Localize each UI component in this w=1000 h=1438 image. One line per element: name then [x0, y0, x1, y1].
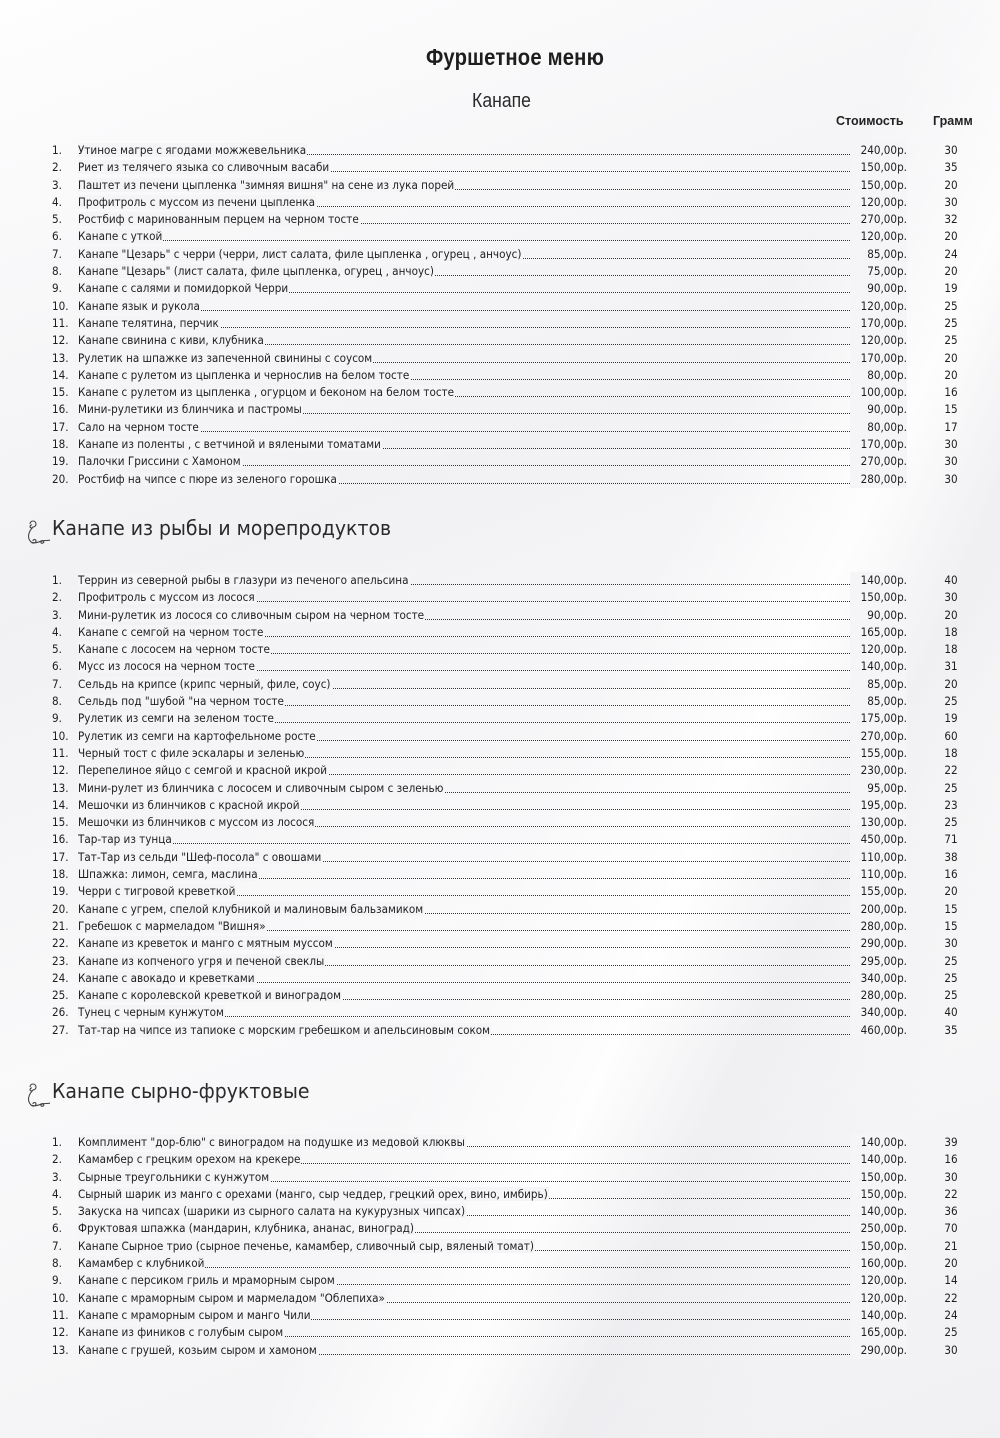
item-number: 21.: [52, 918, 78, 935]
item-number: 13.: [52, 780, 78, 797]
menu-page: Фуршетное меню Канапе Стоимость Грамм 1.…: [0, 0, 1000, 1438]
item-name: Комплимент "дор-блю" с виноградом на под…: [78, 1135, 466, 1149]
item-name: Канапе "Цезарь" с черри (черри, лист сал…: [78, 247, 522, 261]
item-price: 90,00р.: [850, 607, 907, 624]
item-weight: 60: [936, 728, 966, 745]
item-weight: 25: [936, 1324, 966, 1341]
item-weight: 30: [936, 436, 966, 453]
item-weight: 30: [936, 1342, 966, 1359]
item-weight: 14: [936, 1272, 966, 1289]
item-price: 460,00р.: [850, 1022, 907, 1039]
item-price: 150,00р.: [850, 1238, 907, 1255]
item-weight: 25: [936, 953, 966, 970]
item-price: 280,00р.: [850, 918, 907, 935]
item-price: 170,00р.: [850, 436, 907, 453]
item-number: 8.: [52, 693, 78, 710]
item-name: Канапе с авокадо и креветками: [78, 971, 256, 985]
item-weight: 15: [936, 901, 966, 918]
item-price: 75,00р.: [850, 263, 907, 280]
item-name: Канапе язык и рукола: [78, 299, 201, 313]
item-weight: 20: [936, 228, 966, 245]
item-weight: 20: [936, 177, 966, 194]
item-number: 6.: [52, 1220, 78, 1237]
menu-item-row: 25.Канапе с королевской креветкой и вино…: [52, 987, 972, 1004]
item-number: 8.: [52, 263, 78, 280]
item-name: Канапе с мраморным сыром и мармеладом "О…: [78, 1291, 386, 1305]
column-header-cost: Стоимость: [836, 114, 904, 128]
item-number: 5.: [52, 1203, 78, 1220]
item-name: Рулетик из семги на картофельноме росте: [78, 729, 317, 743]
item-price: 290,00р.: [850, 1342, 907, 1359]
menu-item-row: 14.Мешочки из блинчиков с красной икрой1…: [52, 797, 972, 814]
item-number: 11.: [52, 745, 78, 762]
item-number: 16.: [52, 401, 78, 418]
item-weight: 22: [936, 762, 966, 779]
menu-item-row: 4.Сырный шарик из манго с орехами (манго…: [52, 1186, 972, 1203]
item-weight: 22: [936, 1186, 966, 1203]
menu-item-row: 5.Канапе с лососем на черном тосте120,00…: [52, 641, 972, 658]
item-number: 12.: [52, 332, 78, 349]
item-weight: 18: [936, 641, 966, 658]
item-number: 25.: [52, 987, 78, 1004]
menu-list-canape: 1.Утиное магре с ягодами можжевельника24…: [52, 142, 972, 488]
menu-item-row: 3.Мини-рулетик из лосося со сливочным сы…: [52, 607, 972, 624]
item-price: 295,00р.: [850, 953, 907, 970]
item-number: 22.: [52, 935, 78, 952]
item-weight: 30: [936, 471, 966, 488]
item-name: Канапе с салями и помидоркой Черри: [78, 281, 289, 295]
item-number: 12.: [52, 1324, 78, 1341]
item-name: Канапе из копченого угря и печеной свекл…: [78, 954, 325, 968]
item-name: Риет из телячего языка со сливочным васа…: [78, 160, 330, 174]
item-name: Сельдь на крипсе (крипс черный, филе, со…: [78, 677, 332, 691]
section-title-text: Канапе из рыбы и морепродуктов: [52, 516, 391, 540]
item-number: 18.: [52, 436, 78, 453]
item-name: Перепелиное яйцо с семгой и красной икро…: [78, 763, 328, 777]
item-weight: 30: [936, 935, 966, 952]
menu-item-row: 22.Канапе из креветок и манго с мятным м…: [52, 935, 972, 952]
item-price: 230,00р.: [850, 762, 907, 779]
item-name: Канапе из креветок и манго с мятным мусс…: [78, 936, 334, 950]
item-number: 6.: [52, 658, 78, 675]
item-name: Канапе свинина с киви, клубника: [78, 333, 265, 347]
item-weight: 20: [936, 607, 966, 624]
item-weight: 25: [936, 298, 966, 315]
item-name: Паштет из печени цыпленка "зимняя вишня"…: [78, 178, 455, 192]
item-name: Черри с тигровой креветкой: [78, 884, 236, 898]
item-number: 2.: [52, 589, 78, 606]
item-price: 120,00р.: [850, 228, 907, 245]
item-name: Профитроль с муссом из печени цыпленка: [78, 195, 316, 209]
item-weight: 25: [936, 814, 966, 831]
item-weight: 30: [936, 194, 966, 211]
item-price: 120,00р.: [850, 1290, 907, 1307]
item-name: Тат-Тар из сельди "Шеф-посола" с овошами: [78, 850, 322, 864]
item-name: Профитроль с муссом из лосося: [78, 590, 256, 604]
item-price: 120,00р.: [850, 641, 907, 658]
item-weight: 18: [936, 745, 966, 762]
item-name: Канапе с королевской креветкой и виногра…: [78, 988, 342, 1002]
item-name: Канапе с уткой: [78, 229, 163, 243]
item-number: 7.: [52, 246, 78, 263]
item-name: Тат-тар на чипсе из тапиоке с морским гр…: [78, 1023, 491, 1037]
item-price: 140,00р.: [850, 1151, 907, 1168]
item-number: 10.: [52, 728, 78, 745]
swirl-flourish-icon: [22, 1081, 52, 1111]
item-price: 80,00р.: [850, 419, 907, 436]
menu-item-row: 18.Шпажка: лимон, семга, маслина110,00р.…: [52, 866, 972, 883]
menu-item-row: 23.Канапе из копченого угря и печеной св…: [52, 953, 972, 970]
menu-item-row: 7.Канапе Сырное трио (сырное печенье, ка…: [52, 1238, 972, 1255]
item-price: 120,00р.: [850, 194, 907, 211]
item-number: 16.: [52, 831, 78, 848]
menu-item-row: 6.Мусс из лосося на черном тосте140,00р.…: [52, 658, 972, 675]
item-number: 7.: [52, 1238, 78, 1255]
item-price: 150,00р.: [850, 589, 907, 606]
item-name: Ростбиф на чипсе с пюре из зеленого горо…: [78, 472, 338, 486]
item-weight: 38: [936, 849, 966, 866]
item-price: 170,00р.: [850, 315, 907, 332]
item-name: Рулетик на шпажке из запеченной свинины …: [78, 351, 373, 365]
item-number: 14.: [52, 797, 78, 814]
item-price: 270,00р.: [850, 453, 907, 470]
menu-item-row: 8.Камамбер с клубникой160,00р.20: [52, 1255, 972, 1272]
item-price: 100,00р.: [850, 384, 907, 401]
item-weight: 20: [936, 263, 966, 280]
item-number: 17.: [52, 849, 78, 866]
menu-item-row: 13.Канапе с грушей, козьим сыром и хамон…: [52, 1342, 972, 1359]
menu-item-row: 16.Тар-тар из тунца450,00р.71: [52, 831, 972, 848]
item-weight: 22: [936, 1290, 966, 1307]
item-weight: 35: [936, 1022, 966, 1039]
item-price: 130,00р.: [850, 814, 907, 831]
item-weight: 30: [936, 453, 966, 470]
item-weight: 35: [936, 159, 966, 176]
menu-item-row: 4.Профитроль с муссом из печени цыпленка…: [52, 194, 972, 211]
menu-item-row: 15.Мешочки из блинчиков с муссом из лосо…: [52, 814, 972, 831]
menu-item-row: 10.Канапе язык и рукола120,00р.25: [52, 298, 972, 315]
item-number: 4.: [52, 624, 78, 641]
page-subtitle: Канапе: [60, 90, 943, 113]
item-price: 170,00р.: [850, 350, 907, 367]
item-number: 9.: [52, 280, 78, 297]
item-weight: 20: [936, 676, 966, 693]
item-price: 120,00р.: [850, 298, 907, 315]
item-name: Закуска на чипсах (шарики из сырного сал…: [78, 1204, 466, 1218]
menu-item-row: 1.Утиное магре с ягодами можжевельника24…: [52, 142, 972, 159]
item-number: 11.: [52, 1307, 78, 1324]
item-weight: 20: [936, 367, 966, 384]
item-number: 5.: [52, 641, 78, 658]
item-number: 3.: [52, 177, 78, 194]
item-name: Утиное магре с ягодами можжевельника: [78, 143, 307, 157]
menu-item-row: 12.Канапе свинина с киви, клубника120,00…: [52, 332, 972, 349]
item-name: Канапе с лососем на черном тосте: [78, 642, 271, 656]
item-weight: 25: [936, 315, 966, 332]
item-weight: 15: [936, 401, 966, 418]
menu-item-row: 4.Канапе с семгой на черном тосте165,00р…: [52, 624, 972, 641]
menu-item-row: 17.Сало на черном тосте80,00р.17: [52, 419, 972, 436]
item-weight: 25: [936, 970, 966, 987]
item-number: 20.: [52, 901, 78, 918]
item-price: 175,00р.: [850, 710, 907, 727]
item-number: 6.: [52, 228, 78, 245]
menu-item-row: 13.Мини-рулет из блинчика с лососем и сл…: [52, 780, 972, 797]
item-weight: 39: [936, 1134, 966, 1151]
item-weight: 15: [936, 918, 966, 935]
item-price: 270,00р.: [850, 728, 907, 745]
item-price: 150,00р.: [850, 159, 907, 176]
item-name: Канапе с рулетом из цыпленка и чернослив…: [78, 368, 410, 382]
item-number: 27.: [52, 1022, 78, 1039]
item-price: 450,00р.: [850, 831, 907, 848]
menu-item-row: 10.Рулетик из семги на картофельноме рос…: [52, 728, 972, 745]
item-name: Канапе с угрем, спелой клубникой и малин…: [78, 902, 424, 916]
item-number: 7.: [52, 676, 78, 693]
menu-item-row: 7.Сельдь на крипсе (крипс черный, филе, …: [52, 676, 972, 693]
item-price: 140,00р.: [850, 658, 907, 675]
item-weight: 36: [936, 1203, 966, 1220]
item-price: 155,00р.: [850, 883, 907, 900]
item-price: 120,00р.: [850, 332, 907, 349]
item-price: 165,00р.: [850, 1324, 907, 1341]
item-weight: 17: [936, 419, 966, 436]
menu-item-row: 26.Тунец с черным кунжутом340,00р.40: [52, 1004, 972, 1021]
menu-item-row: 20.Ростбиф на чипсе с пюре из зеленого г…: [52, 471, 972, 488]
item-weight: 40: [936, 1004, 966, 1021]
item-number: 8.: [52, 1255, 78, 1272]
menu-item-row: 8.Канапе "Цезарь" (лист салата, филе цып…: [52, 263, 972, 280]
item-price: 140,00р.: [850, 572, 907, 589]
item-price: 195,00р.: [850, 797, 907, 814]
menu-item-row: 11.Канапе с мраморным сыром и манго Чили…: [52, 1307, 972, 1324]
item-name: Канапе "Цезарь" (лист салата, филе цыпле…: [78, 264, 435, 278]
menu-item-row: 11.Черный тост с филе эскалары и зеленью…: [52, 745, 972, 762]
item-number: 5.: [52, 211, 78, 228]
item-weight: 20: [936, 1255, 966, 1272]
item-price: 140,00р.: [850, 1203, 907, 1220]
item-number: 19.: [52, 883, 78, 900]
item-price: 140,00р.: [850, 1134, 907, 1151]
menu-item-row: 3.Паштет из печени цыпленка "зимняя вишн…: [52, 177, 972, 194]
item-price: 155,00р.: [850, 745, 907, 762]
item-number: 12.: [52, 762, 78, 779]
menu-item-row: 6.Фруктовая шпажка (мандарин, клубника, …: [52, 1220, 972, 1237]
item-number: 13.: [52, 350, 78, 367]
item-weight: 16: [936, 1151, 966, 1168]
item-number: 17.: [52, 419, 78, 436]
item-name: Канапе с персиком гриль и мраморным сыро…: [78, 1273, 336, 1287]
item-number: 3.: [52, 607, 78, 624]
item-price: 110,00р.: [850, 849, 907, 866]
item-price: 200,00р.: [850, 901, 907, 918]
menu-item-row: 14.Канапе с рулетом из цыпленка и чернос…: [52, 367, 972, 384]
item-weight: 25: [936, 987, 966, 1004]
item-name: Сырные треугольники с кунжутом: [78, 1170, 270, 1184]
item-weight: 25: [936, 693, 966, 710]
item-price: 250,00р.: [850, 1220, 907, 1237]
item-number: 13.: [52, 1342, 78, 1359]
item-name: Камамбер с грецким орехом на крекере: [78, 1152, 301, 1166]
menu-item-row: 5.Закуска на чипсах (шарики из сырного с…: [52, 1203, 972, 1220]
item-price: 90,00р.: [850, 401, 907, 418]
menu-item-row: 3.Сырные треугольники с кунжутом150,00р.…: [52, 1169, 972, 1186]
menu-item-row: 19.Палочки Гриссини с Хамоном270,00р.30: [52, 453, 972, 470]
menu-item-row: 12.Канапе из фиников с голубым сыром165,…: [52, 1324, 972, 1341]
item-weight: 20: [936, 350, 966, 367]
menu-item-row: 24.Канапе с авокадо и креветками340,00р.…: [52, 970, 972, 987]
item-number: 9.: [52, 1272, 78, 1289]
item-price: 120,00р.: [850, 1272, 907, 1289]
item-name: Мини-рулетики из блинчика и пастромы: [78, 402, 303, 416]
item-name: Мусс из лосося на черном тосте: [78, 659, 256, 673]
item-name: Мешочки из блинчиков с муссом из лосося: [78, 815, 315, 829]
item-price: 85,00р.: [850, 676, 907, 693]
item-name: Палочки Гриссини с Хамоном: [78, 454, 242, 468]
menu-item-row: 9.Канапе с салями и помидоркой Черри90,0…: [52, 280, 972, 297]
item-number: 3.: [52, 1169, 78, 1186]
section-title-cheese-fruit: Канапе сырно-фруктовые: [22, 1079, 332, 1111]
menu-item-row: 7.Канапе "Цезарь" с черри (черри, лист с…: [52, 246, 972, 263]
menu-item-row: 9.Канапе с персиком гриль и мраморным сы…: [52, 1272, 972, 1289]
item-price: 160,00р.: [850, 1255, 907, 1272]
menu-item-row: 15.Канапе с рулетом из цыпленка , огурцо…: [52, 384, 972, 401]
item-price: 140,00р.: [850, 1307, 907, 1324]
menu-item-row: 1.Террин из северной рыбы в глазури из п…: [52, 572, 972, 589]
item-number: 1.: [52, 1134, 78, 1151]
menu-item-row: 1.Комплимент "дор-блю" с виноградом на п…: [52, 1134, 972, 1151]
item-number: 14.: [52, 367, 78, 384]
menu-list-seafood: 1.Террин из северной рыбы в глазури из п…: [52, 572, 972, 1039]
menu-item-row: 11.Канапе телятина, перчик170,00р.25: [52, 315, 972, 332]
menu-item-row: 19.Черри с тигровой креветкой155,00р.20: [52, 883, 972, 900]
item-name: Мешочки из блинчиков с красной икрой: [78, 798, 301, 812]
item-weight: 23: [936, 797, 966, 814]
item-number: 10.: [52, 298, 78, 315]
item-name: Сельдь под "шубой "на черном тосте: [78, 694, 285, 708]
menu-item-row: 20.Канапе с угрем, спелой клубникой и ма…: [52, 901, 972, 918]
item-weight: 18: [936, 624, 966, 641]
item-name: Тар-тар из тунца: [78, 832, 173, 846]
item-name: Канапе с рулетом из цыпленка , огурцом и…: [78, 385, 455, 399]
column-header-gram: Грамм: [933, 114, 973, 128]
item-name: Террин из северной рыбы в глазури из печ…: [78, 573, 410, 587]
item-name: Канапе из поленты , с ветчиной и вяленым…: [78, 437, 382, 451]
menu-list-cheese-fruit: 1.Комплимент "дор-блю" с виноградом на п…: [52, 1134, 972, 1359]
item-weight: 40: [936, 572, 966, 589]
menu-item-row: 16.Мини-рулетики из блинчика и пастромы9…: [52, 401, 972, 418]
item-weight: 30: [936, 1169, 966, 1186]
item-price: 85,00р.: [850, 693, 907, 710]
menu-item-row: 2.Риет из телячего языка со сливочным ва…: [52, 159, 972, 176]
menu-item-row: 8.Сельдь под "шубой "на черном тосте85,0…: [52, 693, 972, 710]
item-name: Мини-рулетик из лосося со сливочным сыро…: [78, 608, 425, 622]
item-weight: 30: [936, 142, 966, 159]
item-name: Тунец с черным кунжутом: [78, 1005, 225, 1019]
item-name: Канапе с семгой на черном тосте: [78, 625, 264, 639]
item-price: 150,00р.: [850, 1169, 907, 1186]
item-weight: 30: [936, 589, 966, 606]
item-name: Канапе с мраморным сыром и манго Чили: [78, 1308, 311, 1322]
item-number: 9.: [52, 710, 78, 727]
item-number: 15.: [52, 814, 78, 831]
menu-item-row: 6.Канапе с уткой120,00р.20: [52, 228, 972, 245]
item-weight: 21: [936, 1238, 966, 1255]
menu-item-row: 18.Канапе из поленты , с ветчиной и вяле…: [52, 436, 972, 453]
item-number: 15.: [52, 384, 78, 401]
item-name: Ростбиф с маринованным перцем на черном …: [78, 212, 360, 226]
item-number: 1.: [52, 572, 78, 589]
item-weight: 70: [936, 1220, 966, 1237]
page-title: Фуршетное меню: [62, 44, 968, 71]
menu-item-row: 2.Камамбер с грецким орехом на крекере14…: [52, 1151, 972, 1168]
item-number: 23.: [52, 953, 78, 970]
menu-item-row: 21.Гребешок с мармеладом "Вишня»280,00р.…: [52, 918, 972, 935]
item-price: 290,00р.: [850, 935, 907, 952]
menu-item-row: 17.Тат-Тар из сельди "Шеф-посола" с овош…: [52, 849, 972, 866]
item-name: Сало на черном тосте: [78, 420, 200, 434]
item-number: 24.: [52, 970, 78, 987]
item-weight: 25: [936, 780, 966, 797]
item-number: 19.: [52, 453, 78, 470]
item-price: 95,00р.: [850, 780, 907, 797]
item-number: 10.: [52, 1290, 78, 1307]
item-weight: 71: [936, 831, 966, 848]
item-name: Сырный шарик из манго с орехами (манго, …: [78, 1187, 549, 1201]
menu-item-row: 13.Рулетик на шпажке из запеченной свини…: [52, 350, 972, 367]
item-name: Шпажка: лимон, семга, маслина: [78, 867, 259, 881]
item-weight: 19: [936, 710, 966, 727]
item-price: 85,00р.: [850, 246, 907, 263]
item-name: Рулетик из семги на зеленом тосте: [78, 711, 275, 725]
item-weight: 32: [936, 211, 966, 228]
item-name: Черный тост с филе эскалары и зеленью: [78, 746, 305, 760]
item-number: 4.: [52, 1186, 78, 1203]
section-title-text: Канапе сырно-фруктовые: [52, 1079, 309, 1103]
item-name: Гребешок с мармеладом "Вишня»: [78, 919, 267, 933]
item-weight: 24: [936, 1307, 966, 1324]
item-weight: 24: [936, 246, 966, 263]
item-number: 26.: [52, 1004, 78, 1021]
item-price: 340,00р.: [850, 1004, 907, 1021]
item-price: 340,00р.: [850, 970, 907, 987]
item-name: Канапе из фиников с голубым сыром: [78, 1325, 284, 1339]
item-weight: 31: [936, 658, 966, 675]
item-weight: 16: [936, 866, 966, 883]
item-name: Канапе с грушей, козьим сыром и хамоном: [78, 1343, 318, 1357]
item-number: 4.: [52, 194, 78, 211]
item-number: 2.: [52, 1151, 78, 1168]
swirl-flourish-icon: [22, 518, 52, 548]
item-name: Камамбер с клубникой: [78, 1256, 205, 1270]
item-name: Канапе телятина, перчик: [78, 316, 220, 330]
menu-item-row: 10.Канапе с мраморным сыром и мармеладом…: [52, 1290, 972, 1307]
item-number: 18.: [52, 866, 78, 883]
menu-item-row: 5.Ростбиф с маринованным перцем на черно…: [52, 211, 972, 228]
menu-item-row: 9.Рулетик из семги на зеленом тосте175,0…: [52, 710, 972, 727]
item-name: Мини-рулет из блинчика с лососем и сливо…: [78, 781, 444, 795]
section-title-seafood: Канапе из рыбы и морепродуктов: [22, 516, 421, 548]
item-number: 2.: [52, 159, 78, 176]
item-number: 1.: [52, 142, 78, 159]
item-weight: 25: [936, 332, 966, 349]
item-weight: 16: [936, 384, 966, 401]
menu-item-row: 12.Перепелиное яйцо с семгой и красной и…: [52, 762, 972, 779]
item-price: 80,00р.: [850, 367, 907, 384]
menu-item-row: 2.Профитроль с муссом из лосося150,00р.3…: [52, 589, 972, 606]
item-number: 11.: [52, 315, 78, 332]
item-weight: 19: [936, 280, 966, 297]
